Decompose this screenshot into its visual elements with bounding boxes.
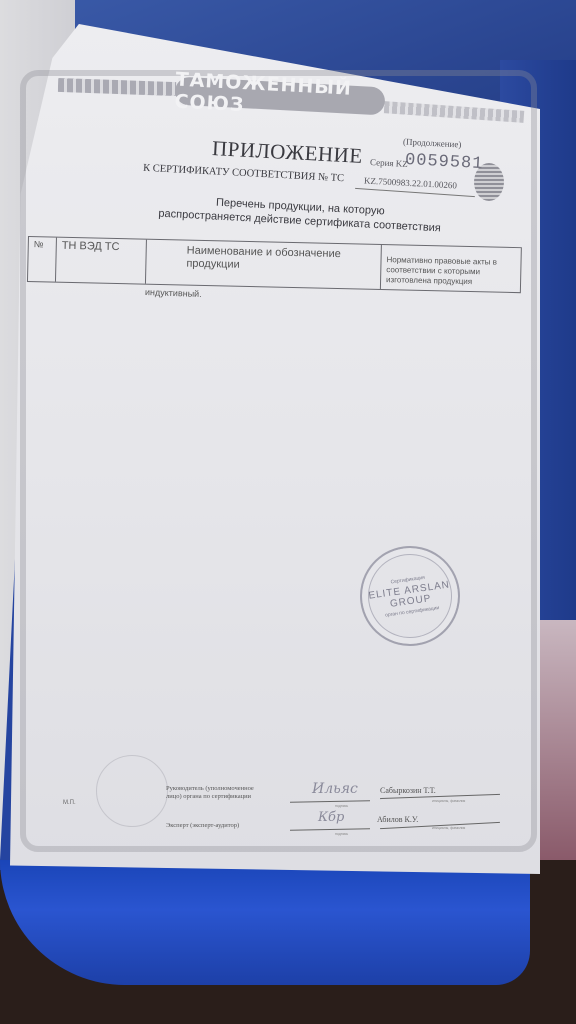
head-name: Сабыркозин Т.Т.: [380, 786, 436, 795]
decorative-border: [20, 70, 537, 852]
column-number: №: [28, 237, 57, 282]
head-label: Руководитель (уполномоченное лицо) орган…: [166, 785, 256, 801]
series-number: 0059581: [405, 151, 484, 174]
expert-signature: Кбр: [318, 810, 344, 825]
emblem-icon: [474, 163, 504, 201]
column-tn-ved: ТН ВЭД ТС: [56, 238, 147, 284]
mp-label: М.П.: [63, 800, 76, 806]
expert-label: Эксперт (эксперт-аудитор): [166, 822, 239, 830]
header-banner: ТАМОЖЕННЫЙ СОЮЗ: [174, 77, 385, 116]
head-signature: Ильяс: [312, 781, 358, 797]
head-name-caption: инициалы, фамилия: [432, 799, 465, 803]
column-regulatory-acts: Нормативно правовые акты в соответствии …: [381, 245, 521, 292]
background-pink-object: [540, 620, 576, 860]
expert-signature-caption: подпись: [335, 832, 348, 836]
background-blue-folder-bottom: [0, 860, 530, 985]
expert-name: Абилов К.У.: [377, 815, 418, 824]
column-product-name: Наименование и обозначение продукции: [146, 240, 382, 289]
series-label: Серия KZ: [370, 157, 408, 169]
product-text: индуктивный.: [145, 287, 202, 299]
head-signature-caption: подпись: [335, 804, 348, 808]
expert-name-caption: инициалы, фамилия: [432, 826, 465, 830]
seal-placeholder: [96, 755, 168, 827]
